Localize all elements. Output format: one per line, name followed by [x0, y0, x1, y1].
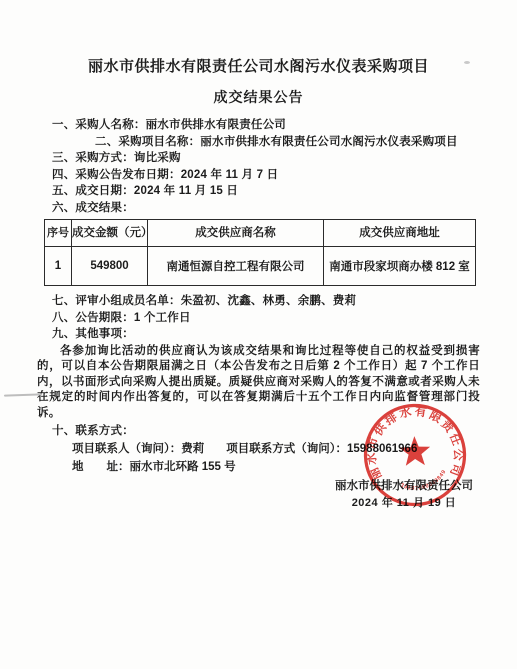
item-result-heading: 六、成交结果：	[37, 200, 480, 217]
scan-artifact-speck	[464, 61, 470, 64]
result-table: 序号 成交金额（元） 成交供应商名称 成交供应商地址 1 549800 南通恒源…	[44, 219, 476, 286]
item-procurement-method: 三、采购方式：询比采购	[37, 150, 480, 167]
signature-company: 丽水市供排水有限责任公司	[333, 478, 475, 495]
table-row: 1 549800 南通恒源自控工程有限公司 南通市段家坝商办楼 812 室	[45, 247, 476, 286]
cell-deal-amount: 549800	[72, 247, 148, 286]
item-review-panel: 七、评审小组成员名单：朱盈初、沈鑫、林勇、余鹏、费莉	[37, 293, 480, 310]
item-other-heading: 九、其他事项：	[37, 326, 480, 343]
contact-person: 项目联系人（询问）：费莉	[72, 440, 204, 458]
document-body: 丽水市供排水有限责任公司水阁污水仪表采购项目 成交结果公告 一、采购人名称：丽水…	[37, 57, 480, 512]
contact-address: 地 址：丽水市北环路 155 号	[37, 458, 480, 476]
item-project-name: 二、采购项目名称：丽水市供排水有限责任公司水阁污水仪表采购项目	[37, 134, 480, 151]
cell-seq-no: 1	[45, 247, 72, 286]
cell-supplier-name: 南通恒源自控工程有限公司	[148, 247, 324, 286]
item-deal-date: 五、成交日期：2024 年 11 月 15 日	[37, 183, 480, 200]
header-supplier-address: 成交供应商地址	[324, 220, 476, 247]
signature-date: 2024 年 11 月 19 日	[333, 495, 475, 512]
signature-block: 丽水市供排水有限责任公司 2024 年 11 月 19 日	[333, 478, 475, 512]
other-matters-paragraph: 各参加询比活动的供应商认为该成交结果和询比过程等使自己的权益受到损害的，可以自本…	[37, 344, 480, 422]
header-seq-no: 序号	[45, 220, 72, 247]
contact-phone: 项目联系方式（询问）：15988061966	[226, 440, 417, 458]
item-buyer-name: 一、采购人名称：丽水市供排水有限责任公司	[37, 117, 480, 134]
header-supplier-name: 成交供应商名称	[148, 220, 324, 247]
scanned-announcement-page: 丽水市供排水有限责任公司水阁污水仪表采购项目 成交结果公告 一、采购人名称：丽水…	[0, 0, 517, 669]
item-announcement-date: 四、采购公告发布日期：2024 年 11 月 7 日	[37, 167, 480, 184]
document-title-line1: 丽水市供排水有限责任公司水阁污水仪表采购项目	[37, 57, 480, 77]
item-notice-period: 八、公告期限：1 个工作日	[37, 310, 480, 327]
document-title-line2: 成交结果公告	[37, 88, 480, 107]
header-deal-amount: 成交金额（元）	[72, 220, 148, 247]
cell-supplier-address: 南通市段家坝商办楼 812 室	[324, 247, 476, 286]
contact-row: 项目联系人（询问）：费莉 项目联系方式（询问）：15988061966	[37, 440, 480, 458]
table-header-row: 序号 成交金额（元） 成交供应商名称 成交供应商地址	[45, 220, 476, 247]
item-contact-heading: 十、联系方式：	[37, 423, 480, 440]
